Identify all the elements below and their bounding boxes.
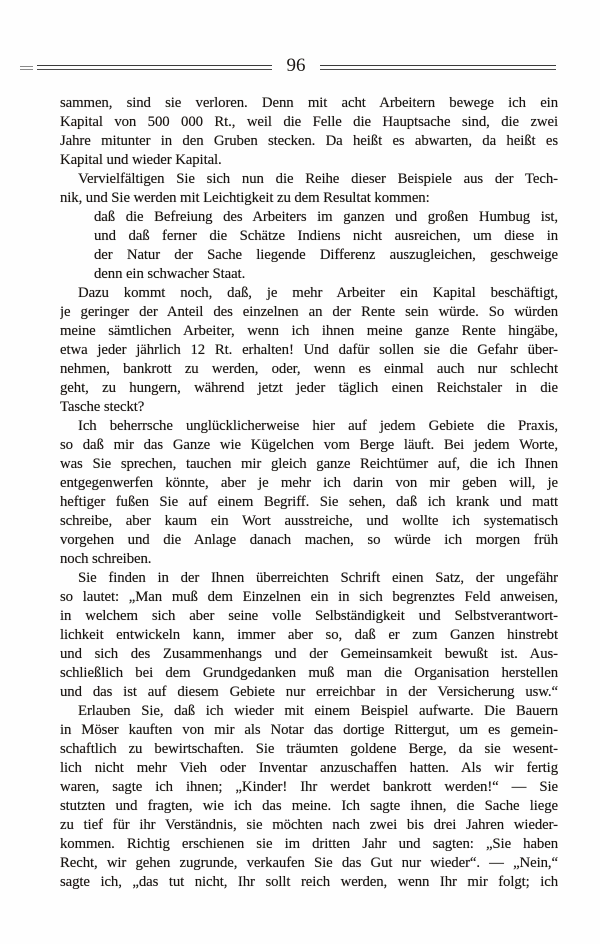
book-page: 96 sammen, sind sie verloren. Denn mit a… [0,0,600,944]
text-line: in Möser kauften von mir als Notar das d… [60,721,558,740]
header-rule-left [37,65,272,70]
text-line: nehmen, bankrott zu werden, oder, wenn e… [60,360,558,379]
text-line: lich nicht mehr Vieh oder Inventar anzus… [60,759,558,778]
text-line: sagte ich, „das tut nicht, Ihr sollt rei… [60,873,558,892]
header-rule-right [320,65,556,70]
text-line: etwa jeder jährlich 12 Rt. erhalten! Und… [60,341,558,360]
text-line: nik, und Sie werden mit Leichtigkeit zu … [60,189,558,208]
text-line: waren, sagte ich ihnen; „Kinder! Ihr wer… [60,778,558,797]
text-line: denn ein schwacher Staat. [60,265,558,284]
text-line: was Sie sprechen, tauchen mir gleich gan… [60,455,558,474]
text-line: so daß mir das Ganze wie Kügelchen vom B… [60,436,558,455]
text-line: Erlauben Sie, daß ich wieder mit einem B… [60,702,558,721]
text-line: entgegenwerfen könnte, aber je mehr ich … [60,474,558,493]
text-line: Vervielfältigen Sie sich nun die Reihe d… [60,170,558,189]
text-line: Kapital und wieder Kapital. [60,151,558,170]
text-line: zu tief für ihr Verständnis, sie möchten… [60,816,558,835]
text-line: in welchem sich aber seine volle Selbstä… [60,607,558,626]
text-line: und daß ferner die Schätze Indiens nicht… [60,227,558,246]
text-line: und sich des Zusammenhangs und der Gemei… [60,645,558,664]
text-line: Jahre mitunter in den Gruben stecken. Da… [60,132,558,151]
text-line: Kapital von 500 000 Rt., weil die Felle … [60,113,558,132]
text-line: daß die Befreiung des Arbeiters im ganze… [60,208,558,227]
text-line: der Natur der Sache liegende Differenz a… [60,246,558,265]
text-line: schreibe, aber kaum ein Wort ausstreiche… [60,512,558,531]
text-line: schließlich bei dem Grundgedanken muß ma… [60,664,558,683]
text-line: und das ist auf diesem Gebiete nur errei… [60,683,558,702]
header-rule-fragment [20,66,33,70]
text-line: Dazu kommt noch, daß, je mehr Arbeiter e… [60,284,558,303]
text-line: noch schreiben. [60,550,558,569]
page-header: 96 [0,0,600,90]
text-line: Recht, wir gehen zugrunde, verkaufen Sie… [60,854,558,873]
text-line: geht, zu hungern, während jetzt jeder tä… [60,379,558,398]
text-line: heftiger fußen Sie auf einem Begriff. Si… [60,493,558,512]
text-line: sammen, sind sie verloren. Denn mit acht… [60,94,558,113]
text-line: vorgehen und die Anlage danach machen, s… [60,531,558,550]
text-line: kommen. Richtig erschienen sie im dritte… [60,835,558,854]
text-line: Tasche steckt? [60,398,558,417]
text-line: Ich beherrsche unglücklicherweise hier a… [60,417,558,436]
text-line: schaftlich zu bewirtschaften. Sie träumt… [60,740,558,759]
page-number: 96 [272,55,320,77]
text-line: stutzten und fragten, wie ich das meine.… [60,797,558,816]
text-line: Sie finden in der Ihnen überreichten Sch… [60,569,558,588]
text-line: meine sämtlichen Arbeiter, wenn ich ihne… [60,322,558,341]
text-line: so lautet: „Man muß dem Einzelnen ein in… [60,588,558,607]
text-block: sammen, sind sie verloren. Denn mit acht… [60,94,558,892]
text-line: lichkeit entwickeln kann, immer aber so,… [60,626,558,645]
text-line: je geringer der Anteil des einzelnen an … [60,303,558,322]
